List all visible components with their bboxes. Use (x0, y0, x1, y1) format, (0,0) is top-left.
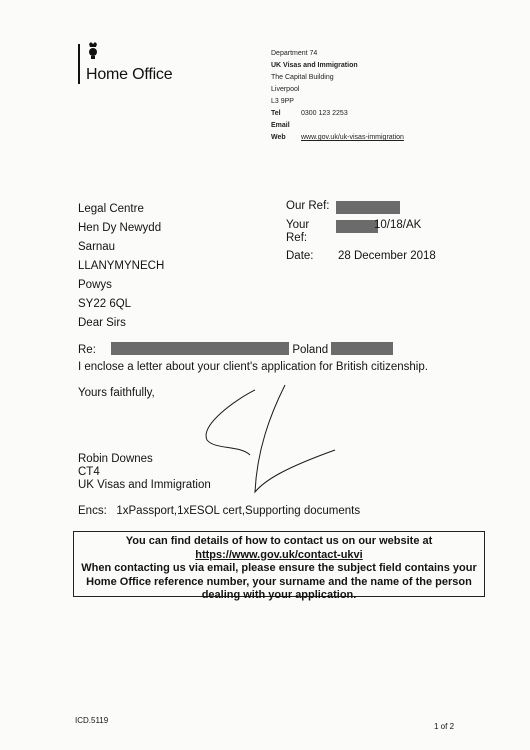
signature (195, 380, 345, 500)
email-row: Email (271, 120, 404, 132)
signatory-team: CT4 (78, 466, 100, 478)
enclosures: Encs: 1xPassport,1xESOL cert,Supporting … (78, 505, 360, 517)
signatory-org: UK Visas and Immigration (78, 479, 211, 491)
royal-crest-icon (86, 42, 100, 60)
redacted-client-detail (331, 342, 393, 355)
redacted-client-name (111, 342, 289, 355)
letter-page: Home Office Department 74 UK Visas and I… (0, 0, 530, 750)
page-number: 1 of 2 (434, 722, 454, 731)
re-line: Re: Poland (78, 342, 393, 356)
redacted-your-ref (336, 220, 378, 233)
logo-divider (78, 44, 80, 84)
website-link[interactable]: www.gov.uk/uk-visas-immigration (301, 132, 404, 144)
contact-ukvi-link[interactable]: https://www.gov.uk/contact-ukvi (74, 549, 484, 563)
tel-row: Tel0300 123 2253 (271, 108, 404, 120)
home-office-logo: Home Office (86, 66, 172, 84)
web-row: Webwww.gov.uk/uk-visas-immigration (271, 132, 404, 144)
salutation: Dear Sirs (78, 317, 126, 329)
signatory-name: Robin Downes (78, 453, 153, 465)
form-code: ICD.5119 (75, 716, 108, 725)
redacted-our-ref (336, 201, 400, 214)
closing: Yours faithfully, (78, 387, 155, 399)
contact-notice-box: You can find details of how to contact u… (73, 531, 485, 597)
letter-body: I enclose a letter about your client's a… (78, 361, 428, 373)
department-address: Department 74 UK Visas and Immigration T… (271, 48, 404, 144)
recipient-address: Legal Centre Hen Dy Newydd Sarnau LLANYM… (78, 200, 164, 314)
